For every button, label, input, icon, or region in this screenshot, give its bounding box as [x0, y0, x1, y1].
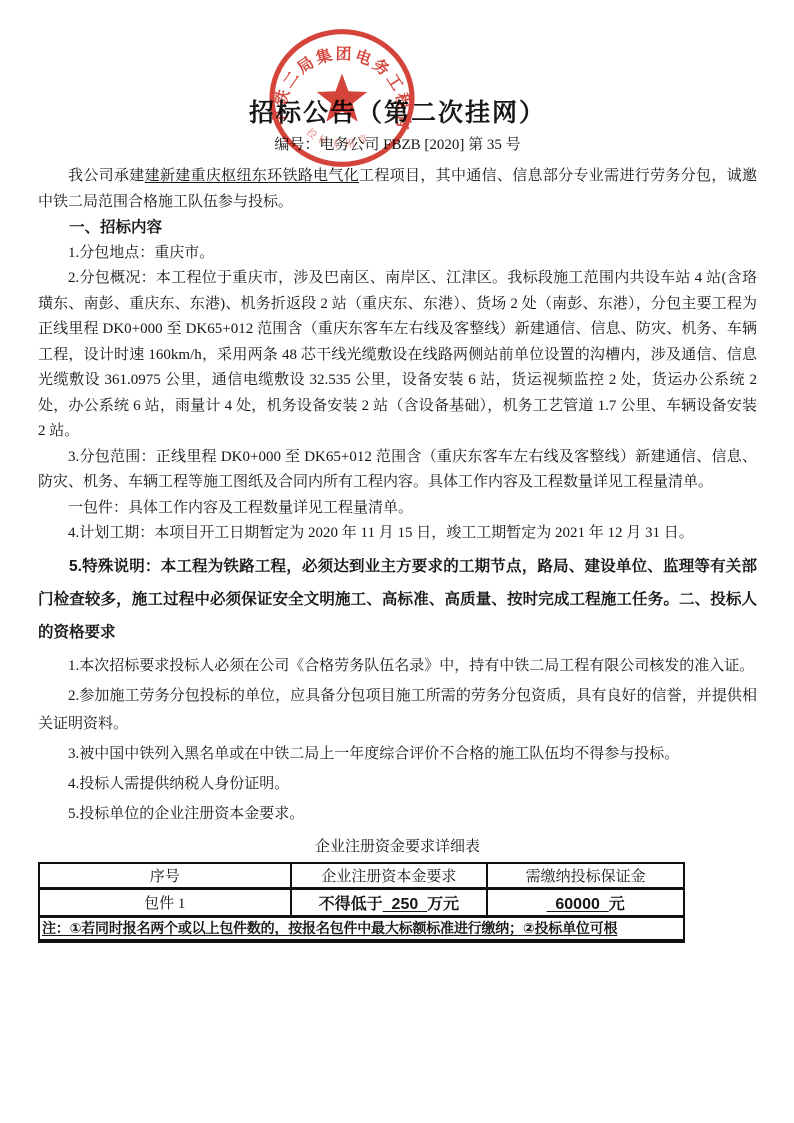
- section2-item-capital: 5.投标单位的企业注册资本金要求。: [38, 800, 757, 828]
- cell-capital-requirement: 不得低于 250 万元: [291, 888, 488, 916]
- header-capital-requirement: 企业注册资本金要求: [291, 863, 488, 889]
- intro-underlined-project-name: 建新建重庆枢纽东环铁路电气化: [145, 168, 359, 184]
- cell-bid-deposit: 60000 元: [487, 888, 684, 916]
- section1-item-location: 1.分包地点：重庆市。: [38, 241, 757, 267]
- table-note-text: 注：①若同时报名两个或以上包件数的，按报名包件中最大标额标准进行缴纳；②投标单位…: [42, 920, 617, 936]
- capital-prefix: 不得低于: [319, 896, 383, 913]
- section1-item-scope: 3.分包范围：正线里程 DK0+000 至 DK65+012 范围含（重庆东客车…: [38, 445, 757, 496]
- section2-item-roster: 1.本次招标要求投标人必须在公司《合格劳务队伍名录》中，持有中铁二局工程有限公司…: [38, 652, 757, 680]
- capital-value: 250: [383, 896, 427, 913]
- header-seq-no: 序号: [39, 863, 291, 889]
- section2-item-blacklist: 3.被中国中铁列入黑名单或在中铁二局上一年度综合评价不合格的施工队伍均不得参与投…: [38, 740, 757, 768]
- table-caption: 企业注册资金要求详细表: [38, 837, 757, 858]
- deposit-unit: 元: [609, 896, 625, 913]
- intro-prefix: 我公司承建: [68, 168, 145, 184]
- document-page: 中铁二局集团电务工程有限公司 投标专用章 招标公告（第二次挂网） 编号：电务公司…: [0, 0, 794, 1123]
- intro-paragraph: 我公司承建建新建重庆枢纽东环铁路电气化工程项目，其中通信、信息部分专业需进行劳务…: [38, 164, 757, 215]
- section2-item-taxpayer: 4.投标人需提供纳税人身份证明。: [38, 770, 757, 798]
- header-bid-deposit: 需缴纳投标保证金: [487, 863, 684, 889]
- section1-heading: 一、招标内容: [38, 215, 757, 241]
- section1-item-overview: 2.分包概况：本工程位于重庆市，涉及巴南区、南岸区、江津区。我标段施工范围内共设…: [38, 266, 757, 445]
- cell-package-name: 包件 1: [39, 888, 291, 916]
- table-row: 包件 1 不得低于 250 万元 60000 元: [39, 888, 684, 916]
- deposit-value: 60000: [546, 896, 608, 913]
- section2-item-qualification: 2.参加施工劳务分包投标的单位，应具备分包项目施工所需的劳务分包资质，具有良好的…: [38, 682, 757, 738]
- section2-qualifications: 1.本次招标要求投标人必须在公司《合格劳务队伍名录》中，持有中铁二局工程有限公司…: [38, 652, 757, 828]
- document-number: 编号：电务公司 FBZB [2020] 第 35 号: [38, 135, 757, 155]
- section1-item-package: 一包件：具体工作内容及工程数量详见工程量清单。: [38, 496, 757, 522]
- page-title: 招标公告（第二次挂网）: [38, 98, 757, 128]
- table-header-row: 序号 企业注册资本金要求 需缴纳投标保证金: [39, 863, 684, 889]
- section1-item-schedule: 4.计划工期：本项目开工日期暂定为 2020 年 11 月 15 日，竣工工期暂…: [38, 521, 757, 547]
- document-content: 招标公告（第二次挂网） 编号：电务公司 FBZB [2020] 第 35 号 我…: [0, 0, 794, 1123]
- section1-item-special-note: 5.特殊说明：本工程为铁路工程，必须达到业主方要求的工期节点，路局、建设单位、监…: [38, 550, 757, 649]
- registered-capital-table: 序号 企业注册资本金要求 需缴纳投标保证金 包件 1 不得低于 250 万元 6…: [38, 862, 685, 943]
- table-note-row: 注：①若同时报名两个或以上包件数的，按报名包件中最大标额标准进行缴纳；②投标单位…: [39, 916, 684, 941]
- capital-unit: 万元: [427, 896, 459, 913]
